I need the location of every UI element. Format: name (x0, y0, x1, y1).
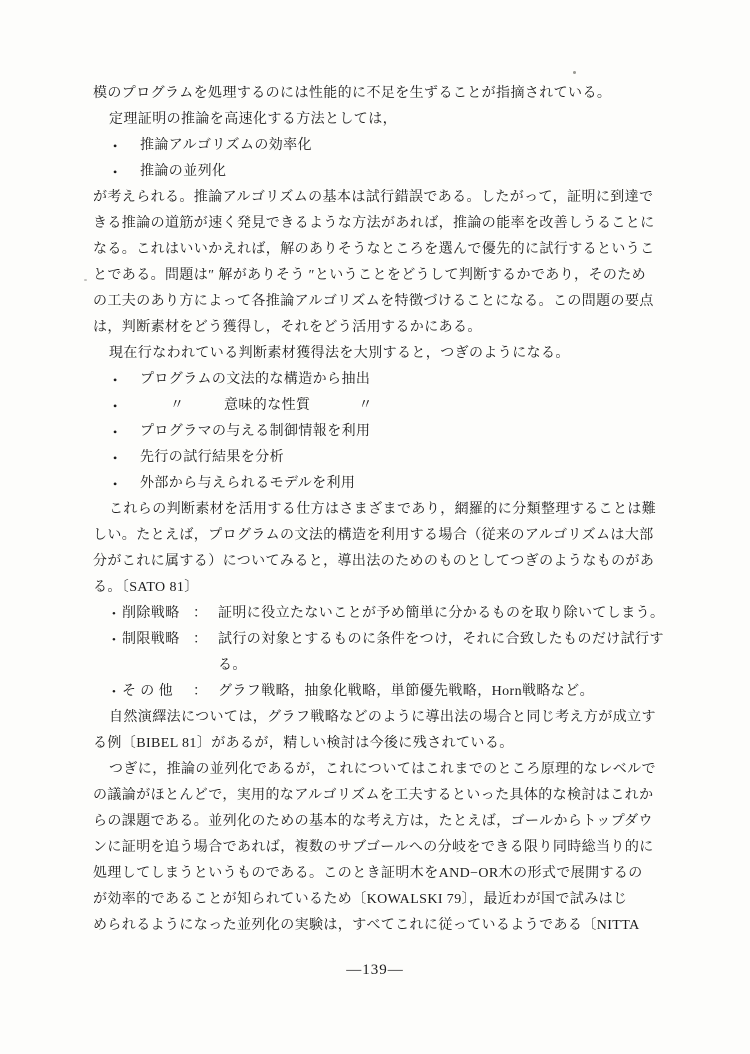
text-line: とである。問題は″ 解がありそう ″ということをどうして判断するかであり，そのた… (93, 263, 683, 289)
text-line: •プログラムの文法的な構造から抽出 (93, 367, 683, 393)
text-line: •〃意味的な性質〃 (93, 393, 683, 419)
page-number: —139— (346, 962, 404, 978)
bullet-icon: • (113, 445, 125, 471)
text-line: 定理証明の推論を高速化する方法としては， (93, 107, 683, 133)
text-line: しい。たとえば，プログラムの文法的構造を利用する場合（従来のアルゴリズムは大部 (93, 523, 683, 549)
text-block: 模のプログラムを処理するのには性能的に不足を生ずることが指摘されている。定理証明… (93, 81, 683, 939)
scan-speck (84, 279, 87, 281)
ditto-mark: 〃 (170, 393, 184, 419)
document-page: 模のプログラムを処理するのには性能的に不足を生ずることが指摘されている。定理証明… (0, 0, 750, 1054)
text-line: る例〔BIBEL 81〕があるが，精しい検討は今後に残されている。 (93, 731, 683, 757)
text-line: る。〔SATO 81〕 (93, 575, 683, 601)
scan-speck (96, 586, 99, 588)
text-line: きる推論の道筋が速く発見できるような方法があれば，推論の能率を改善しうることに (93, 211, 683, 237)
bullet-icon: • (112, 679, 122, 705)
text-line: •プログラマの与える制御情報を利用 (93, 419, 683, 445)
text-line: が効率的であることが知られているため〔KOWALSKI 79〕，最近わが国で試み… (93, 887, 683, 913)
bullet-icon: • (113, 133, 125, 159)
text-line: •推論の並列化 (93, 159, 683, 185)
text-line: が考えられる。推論アルゴリズムの基本は試行錯誤である。したがって，証明に到達で (93, 185, 683, 211)
text-line: •先行の試行結果を分析 (93, 445, 683, 471)
bullet-icon: • (113, 159, 125, 185)
text-line: 処理してしまうというものである。このとき証明木をAND−OR木の形式で展開するの (93, 861, 683, 887)
text-line: らの課題である。並列化のための基本的な考え方は，たとえば，ゴールからトップダウ (93, 809, 683, 835)
text-line: つぎに，推論の並列化であるが，これについてはこれまでのところ原理的なレベルで (93, 757, 683, 783)
text-line: •そ の 他：グラフ戦略，抽象化戦略，単節優先戦略，Horn戦略など。 (93, 679, 683, 705)
text-line: •推論アルゴリズムの効率化 (93, 133, 683, 159)
text-line: は，判断素材をどう獲得し，それをどう活用するかにある。 (93, 315, 683, 341)
bullet-icon: • (113, 393, 125, 419)
text-line: められるようになった並列化の実験は，すべてこれに従っているようである〔NITTA (93, 913, 683, 939)
text-line: 現在行なわれている判断素材獲得法を大別すると，つぎのようになる。 (93, 341, 683, 367)
bullet-icon: • (112, 601, 122, 627)
text-line: •制限戦略：試行の対象とするものに条件をつけ，それに合致したものだけ試行す (93, 627, 683, 653)
ditto-mark: 〃 (358, 393, 372, 419)
text-line: る。 (93, 653, 683, 679)
text-line: なる。これはいいかえれば，解のありそうなところを選んで優先的に試行するというこ (93, 237, 683, 263)
bullet-icon: • (112, 627, 122, 653)
scan-speck (573, 71, 576, 74)
text-line: 自然演繹法については，グラフ戦略などのように導出法の場合と同じ考え方が成立す (93, 705, 683, 731)
text-line: •外部から与えられるモデルを利用 (93, 471, 683, 497)
text-line: の議論がほとんどで，実用的なアルゴリズムを工夫するといった具体的な検討はこれか (93, 783, 683, 809)
text-line: の工夫のあり方によって各推論アルゴリズムを特徴づけることになる。この問題の要点 (93, 289, 683, 315)
text-line: 模のプログラムを処理するのには性能的に不足を生ずることが指摘されている。 (93, 81, 683, 107)
text-line: 分がこれに属する）についてみると，導出法のためのものとしてつぎのようなものがあ (93, 549, 683, 575)
text-line: ンに証明を追う場合であれば，複数のサブゴールへの分岐をできる限り同時総当り的に (93, 835, 683, 861)
bullet-icon: • (113, 471, 125, 497)
bullet-icon: • (113, 419, 125, 445)
text-line: これらの判断素材を活用する仕方はさまざまであり，網羅的に分類整理することは難 (93, 497, 683, 523)
bullet-icon: • (113, 367, 125, 393)
page-footer: —139— (0, 962, 750, 979)
text-line: •削除戦略：証明に役立たないことが予め簡単に分かるものを取り除いてしまう。 (93, 601, 683, 627)
